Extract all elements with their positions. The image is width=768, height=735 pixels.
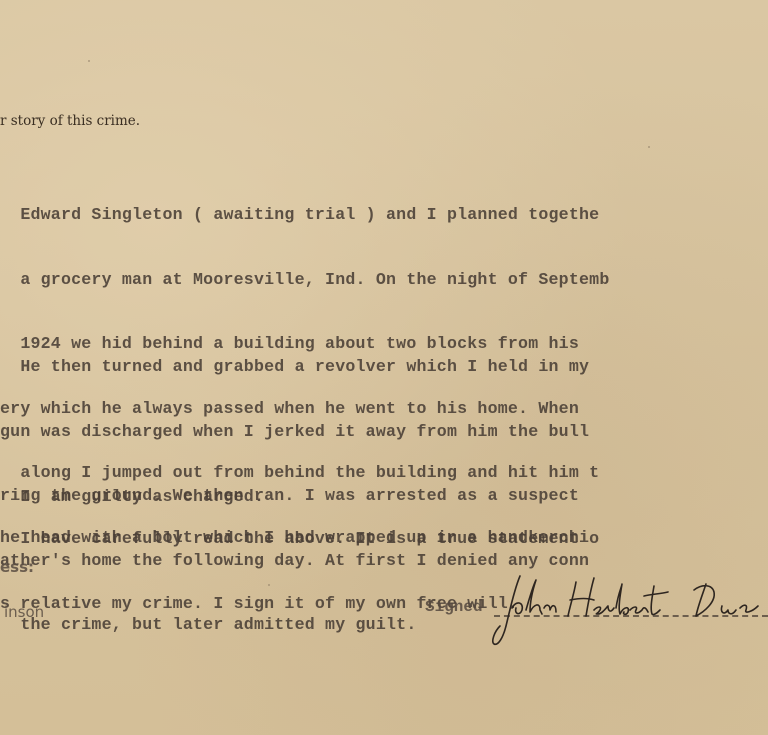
typed-line: I have carefully read the above. It is a…: [0, 528, 599, 550]
signed-label: Signed: [425, 598, 483, 616]
paper-speck: [648, 146, 650, 148]
typed-line: a grocery man at Mooresville, Ind. On th…: [0, 269, 609, 291]
printed-heading-fragment: r story of this crime.: [0, 113, 140, 129]
paper-speck: [88, 60, 90, 62]
typed-line: Edward Singleton ( awaiting trial ) and …: [0, 204, 609, 226]
typed-line: He then turned and grabbed a revolver wh…: [0, 356, 589, 378]
witness-label: ess:: [0, 558, 34, 576]
signature-stroke-icon: [490, 570, 768, 655]
paper-speck: [268, 584, 270, 586]
witness-name: inson: [4, 603, 44, 621]
handwritten-signature: John Herbert Du: [490, 570, 768, 655]
scanned-document-page: r story of this crime. Edward Singleton …: [0, 0, 768, 735]
typed-line: gun was discharged when I jerked it away…: [0, 421, 589, 443]
